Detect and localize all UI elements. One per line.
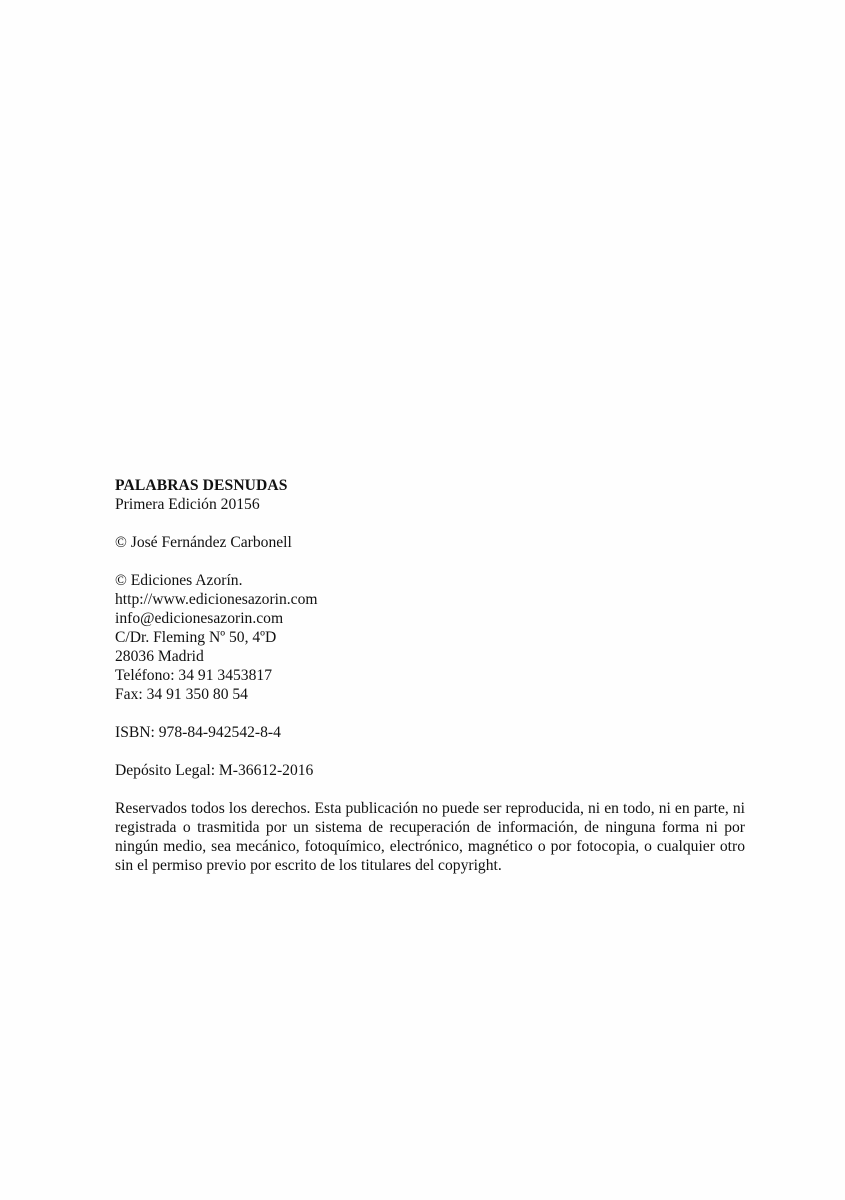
colophon-block: PALABRAS DESNUDAS Primera Edición 20156 … (115, 476, 745, 875)
copyright-page: PALABRAS DESNUDAS Primera Edición 20156 … (0, 0, 845, 1200)
publisher-fax: Fax: 34 91 350 80 54 (115, 685, 745, 704)
spacer (115, 704, 745, 723)
book-title: PALABRAS DESNUDAS (115, 476, 745, 495)
publisher-website: http://www.edicionesazorin.com (115, 590, 745, 609)
spacer (115, 514, 745, 533)
legal-deposit: Depósito Legal: M-36612-2016 (115, 761, 745, 780)
spacer (115, 780, 745, 799)
publisher-address-city: 28036 Madrid (115, 647, 745, 666)
publisher-address-street: C/Dr. Fleming Nº 50, 4ºD (115, 628, 745, 647)
publisher-email: info@edicionesazorin.com (115, 609, 745, 628)
spacer (115, 552, 745, 571)
publisher-copyright: © Ediciones Azorín. (115, 571, 745, 590)
spacer (115, 742, 745, 761)
publisher-phone: Teléfono: 34 91 3453817 (115, 666, 745, 685)
author-copyright: © José Fernández Carbonell (115, 533, 745, 552)
isbn: ISBN: 978-84-942542-8-4 (115, 723, 745, 742)
rights-notice: Reservados todos los derechos. Esta publ… (115, 799, 745, 875)
edition-line: Primera Edición 20156 (115, 495, 745, 514)
